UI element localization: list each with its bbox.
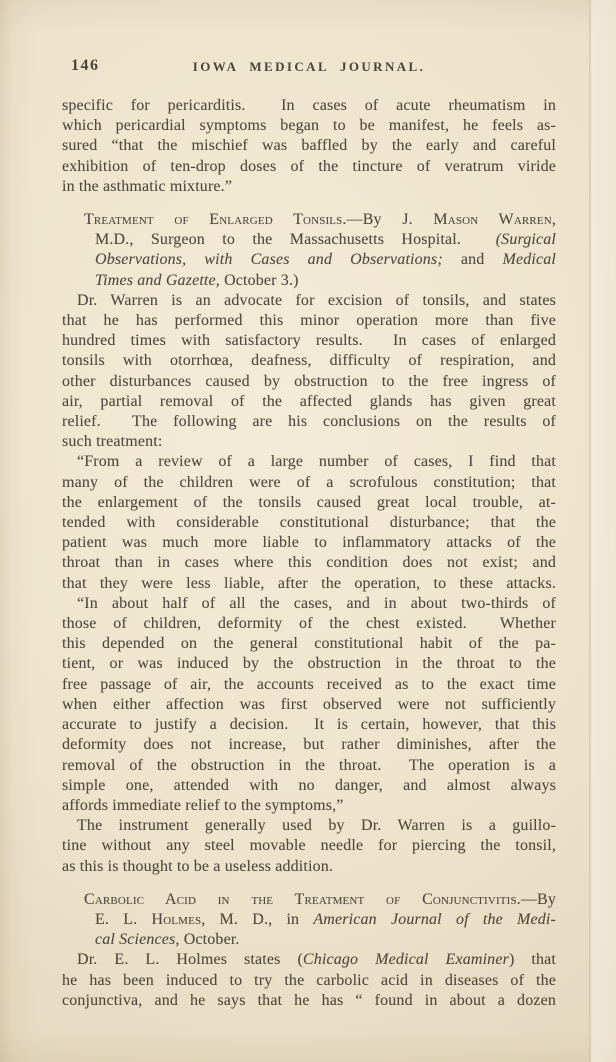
text-line: “In about half of all the cases, and in …	[62, 594, 556, 614]
paragraph: The instrument generally used by Dr. War…	[62, 816, 556, 877]
body-text: deformity does not increase, but rather …	[62, 736, 556, 753]
italic-text: Medical	[503, 251, 556, 268]
page-edge-crease	[589, 0, 616, 1062]
text-line: Dr. Warren is an advocate for excision o…	[62, 291, 556, 311]
body-text: ) that	[509, 951, 556, 968]
text-line: tine without any steel movable needle fo…	[62, 836, 556, 856]
small-caps-text: E. L. Holmes, M. D.,	[95, 911, 272, 928]
text-line: that they were less liable, after the op…	[62, 574, 556, 594]
italic-text: Times and Gazette,	[95, 272, 220, 289]
text-line: patient was much more liable to inflamma…	[62, 533, 556, 553]
text-line: sured “that the mischief was baffled by …	[62, 136, 556, 156]
body-text: other disturbances caused by obstruction…	[62, 373, 556, 390]
text-line: Carbolic Acid in the Treatment of Conjun…	[84, 890, 556, 910]
body-text: tient, or was induced by the obstruction…	[62, 655, 556, 672]
body-text: this depended on the general constitutio…	[62, 635, 556, 652]
body-text: tended with considerable constitutional …	[62, 514, 556, 531]
text-line: deformity does not increase, but rather …	[62, 735, 556, 755]
body-text: M.D., Surgeon to the Massachusetts Hospi…	[95, 231, 496, 248]
body-text: when either affection was first observed…	[62, 696, 556, 713]
small-caps-text: Carbolic Acid in the Treatment of Conjun…	[84, 891, 521, 908]
italic-text: Chicago Medical Examiner	[303, 951, 509, 968]
body-text: affords immediate relief to the symptoms…	[62, 797, 344, 814]
italic-text: (Surgical	[496, 231, 556, 248]
page-number: 146	[71, 57, 100, 75]
body-text: that they were less liable, after the op…	[62, 575, 556, 592]
text-line: as this is thought to be a useless addit…	[62, 857, 556, 877]
text-line: he has been induced to try the carbolic …	[62, 971, 556, 991]
text-line: those of children, deformity of the ches…	[62, 614, 556, 634]
body-text: in	[272, 911, 313, 928]
body-text: simple one, attended with no danger, and…	[62, 777, 556, 794]
body-text: accurate to justify a decision. It is ce…	[62, 716, 556, 733]
text-line: free passage of air, the accounts receiv…	[62, 675, 556, 695]
italic-text: American Journal of the Medi-	[313, 911, 556, 928]
body-text: as this is thought to be a useless addit…	[62, 858, 333, 875]
text-line: Observations, with Cases and Observation…	[95, 250, 556, 270]
small-caps-text: J. Mason Warren,	[402, 211, 556, 228]
text-line: simple one, attended with no danger, and…	[62, 776, 556, 796]
body-text: such treatment:	[62, 433, 162, 450]
text-line: the enlargement of the tonsils caused gr…	[62, 493, 556, 513]
body-text: —By	[521, 891, 556, 908]
text-line: cal Sciences, October.	[95, 930, 556, 950]
body-text: conjunctiva, and he says that he has “ f…	[62, 992, 556, 1009]
text-line: in the asthmatic mixture.”	[62, 177, 556, 197]
body-text: patient was much more liable to inflamma…	[62, 534, 556, 551]
text-line: tended with considerable constitutional …	[62, 513, 556, 533]
body-text: tine without any steel movable needle fo…	[62, 837, 556, 854]
text-line: Dr. E. L. Holmes states (Chicago Medical…	[62, 950, 556, 970]
body-text: “In about half of all the cases, and in …	[77, 595, 556, 612]
text-line: such treatment:	[62, 432, 556, 452]
paragraph: Dr. E. L. Holmes states (Chicago Medical…	[62, 950, 556, 1011]
small-caps-text: Treatment of Enlarged Tonsils.	[84, 211, 347, 228]
text-line: tient, or was induced by the obstruction…	[62, 654, 556, 674]
text-line: removal of the obstruction in the throat…	[62, 756, 556, 776]
body-text: air, partial removal of the affected gla…	[62, 393, 556, 410]
text-line: when either affection was first observed…	[62, 695, 556, 715]
body-text: hundred times with satisfactory results.…	[62, 332, 556, 349]
text-line: throat than in cases where this conditio…	[62, 553, 556, 573]
text-line: Times and Gazette, October 3.)	[95, 271, 556, 291]
text-line: this depended on the general constitutio…	[62, 634, 556, 654]
body-text: Dr. E. L. Holmes states (	[77, 951, 303, 968]
text-line: relief. The following are his conclusion…	[62, 412, 556, 432]
body-text: relief. The following are his conclusion…	[62, 413, 556, 430]
section-heading: Carbolic Acid in the Treatment of Conjun…	[62, 890, 556, 951]
body-text: that he has performed this minor operati…	[62, 312, 556, 329]
text-line: “From a review of a large number of case…	[62, 452, 556, 472]
text-line: exhibition of ten-drop doses of the tinc…	[62, 157, 556, 177]
body-text: the enlargement of the tonsils caused gr…	[62, 494, 556, 511]
body-text: —By	[347, 211, 403, 228]
body-text: he has been induced to try the carbolic …	[62, 972, 556, 989]
text-line: tonsils with otorrhœa, deafness, difficu…	[62, 351, 556, 371]
body-text: specific for pericarditis. In cases of a…	[62, 97, 556, 114]
text-line: The instrument generally used by Dr. War…	[62, 816, 556, 836]
section-heading: Treatment of Enlarged Tonsils.—By J. Mas…	[62, 210, 556, 291]
body-text: those of children, deformity of the ches…	[62, 615, 556, 632]
body-text: Dr. Warren is an advocate for excision o…	[77, 292, 556, 309]
body-text: free passage of air, the accounts receiv…	[62, 676, 556, 693]
text-line: specific for pericarditis. In cases of a…	[62, 96, 556, 116]
body-text: October.	[180, 931, 240, 948]
text-line: which pericardial symptoms began to be m…	[62, 116, 556, 136]
text-line: conjunctiva, and he says that he has “ f…	[62, 991, 556, 1011]
journal-title: IOWA MEDICAL JOURNAL.	[62, 57, 556, 75]
body-text: exhibition of ten-drop doses of the tinc…	[62, 158, 556, 175]
body-text: many of the children were of a scrofulou…	[62, 474, 556, 491]
body-text: tonsils with otorrhœa, deafness, difficu…	[62, 352, 556, 369]
paragraph: Dr. Warren is an advocate for excision o…	[62, 291, 556, 453]
text-line: many of the children were of a scrofulou…	[62, 473, 556, 493]
scanned-journal-page: 146 IOWA MEDICAL JOURNAL. specific for p…	[0, 0, 616, 1062]
text-line: accurate to justify a decision. It is ce…	[62, 715, 556, 735]
page-body: specific for pericarditis. In cases of a…	[62, 96, 556, 1011]
text-line: Treatment of Enlarged Tonsils.—By J. Mas…	[84, 210, 556, 230]
italic-text: Observations, with Cases and Observation…	[95, 251, 443, 268]
paragraph: specific for pericarditis. In cases of a…	[62, 96, 556, 197]
text-line: hundred times with satisfactory results.…	[62, 331, 556, 351]
paragraph: “In about half of all the cases, and in …	[62, 594, 556, 816]
running-header: 146 IOWA MEDICAL JOURNAL.	[62, 57, 556, 79]
body-text: “From a review of a large number of case…	[77, 453, 556, 470]
text-line: affords immediate relief to the symptoms…	[62, 796, 556, 816]
text-line: E. L. Holmes, M. D., in American Journal…	[95, 910, 556, 930]
text-line: air, partial removal of the affected gla…	[62, 392, 556, 412]
body-text: in the asthmatic mixture.”	[62, 178, 232, 195]
body-text: removal of the obstruction in the throat…	[62, 757, 556, 774]
body-text: which pericardial symptoms began to be m…	[62, 117, 556, 134]
text-line: other disturbances caused by obstruction…	[62, 372, 556, 392]
body-text: and	[443, 251, 503, 268]
body-text: The instrument generally used by Dr. War…	[77, 817, 556, 834]
text-line: M.D., Surgeon to the Massachusetts Hospi…	[95, 230, 556, 250]
italic-text: cal Sciences,	[95, 931, 180, 948]
body-text: October 3.)	[220, 272, 299, 289]
paragraph: “From a review of a large number of case…	[62, 452, 556, 593]
body-text: sured “that the mischief was baffled by …	[62, 137, 556, 154]
body-text: throat than in cases where this conditio…	[62, 554, 556, 571]
text-line: that he has performed this minor operati…	[62, 311, 556, 331]
